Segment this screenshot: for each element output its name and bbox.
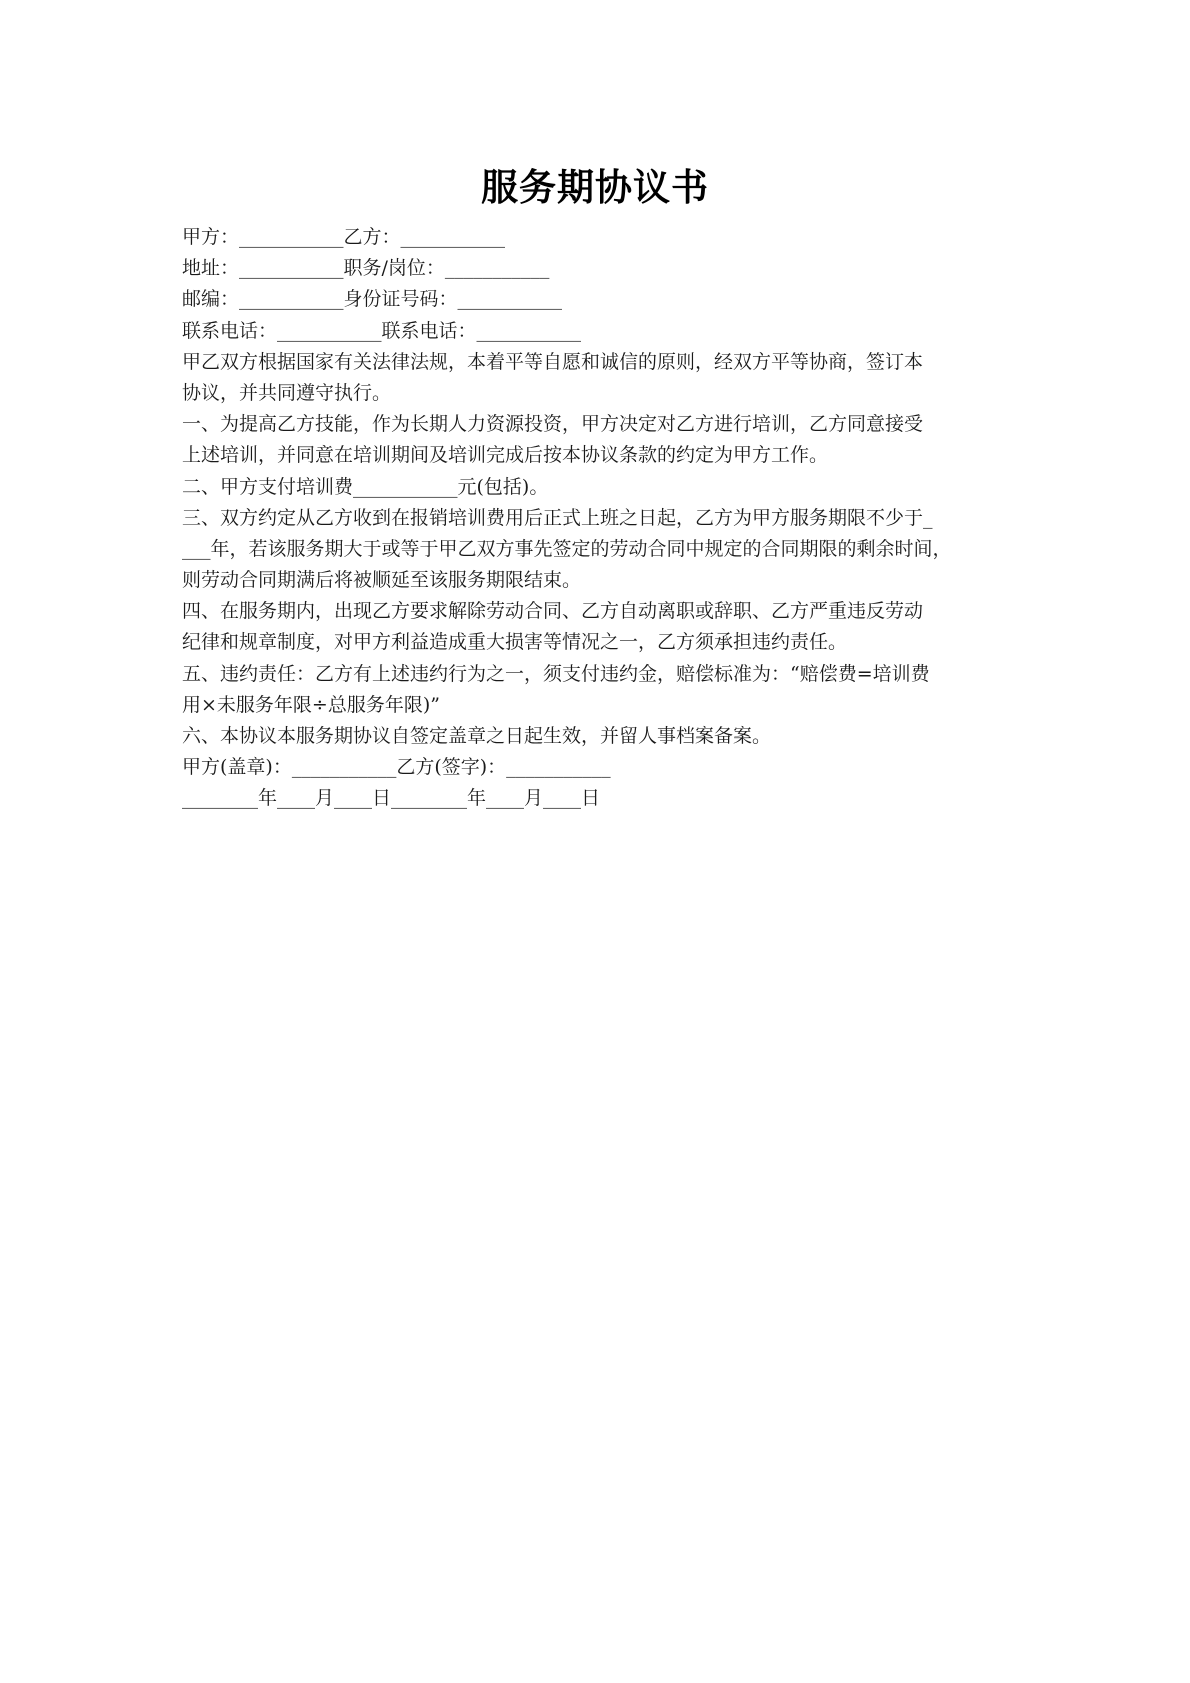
clause-2-line: 二、甲方支付培训费___________元(包括)。 <box>182 472 1022 503</box>
party-names-line: 甲方：___________乙方：___________ <box>182 222 1022 253</box>
postcode-id-line: 邮编：___________身份证号码：___________ <box>182 284 1022 315</box>
preamble-line-1: 甲乙双方根据国家有关法律法规，本着平等自愿和诚信的原则，经双方平等协商，签订本 <box>182 347 1022 378</box>
address-position-line: 地址：___________职务/岗位：___________ <box>182 253 1022 284</box>
clause-6-line: 六、本协议本服务期协议自签定盖章之日起生效，并留人事档案备案。 <box>182 721 1022 752</box>
clause-4-line-2: 纪律和规章制度，对甲方利益造成重大损害等情况之一，乙方须承担违约责任。 <box>182 627 1022 658</box>
clause-3-line-3: 则劳动合同期满后将被顺延至该服务期限结束。 <box>182 565 1022 596</box>
clause-3-line-2: ___年，若该服务期大于或等于甲乙双方事先签定的劳动合同中规定的合同期限的剩余时… <box>182 534 1022 565</box>
clause-4-line-1: 四、在服务期内，出现乙方要求解除劳动合同、乙方自动离职或辞职、乙方严重违反劳动 <box>182 596 1022 627</box>
clause-1-line-2: 上述培训，并同意在培训期间及培训完成后按本协议条款的约定为甲方工作。 <box>182 440 1022 471</box>
preamble-line-2: 协议，并共同遵守执行。 <box>182 378 1022 409</box>
clause-5-line-1: 五、违约责任：乙方有上述违约行为之一，须支付违约金，赔偿标准为：“赔偿费=培训费 <box>182 659 1022 690</box>
phone-line: 联系电话：___________联系电话：___________ <box>182 316 1022 347</box>
clause-3-line-1: 三、双方约定从乙方收到在报销培训费用后正式上班之日起，乙方为甲方服务期限不少于_ <box>182 503 1022 534</box>
document-title: 服务期协议书 <box>0 163 1190 213</box>
document-body: 甲方：___________乙方：___________ 地址：________… <box>182 222 1022 815</box>
document-page: 服务期协议书 甲方：___________乙方：___________ 地址：_… <box>0 0 1190 1683</box>
clause-5-line-2: 用×未服务年限÷总服务年限)” <box>182 690 1022 721</box>
signature-line: 甲方(盖章)：___________乙方(签字)：___________ <box>182 752 1022 783</box>
date-line: ________年____月____日________年____月____日 <box>182 783 1022 814</box>
clause-1-line-1: 一、为提高乙方技能，作为长期人力资源投资，甲方决定对乙方进行培训，乙方同意接受 <box>182 409 1022 440</box>
